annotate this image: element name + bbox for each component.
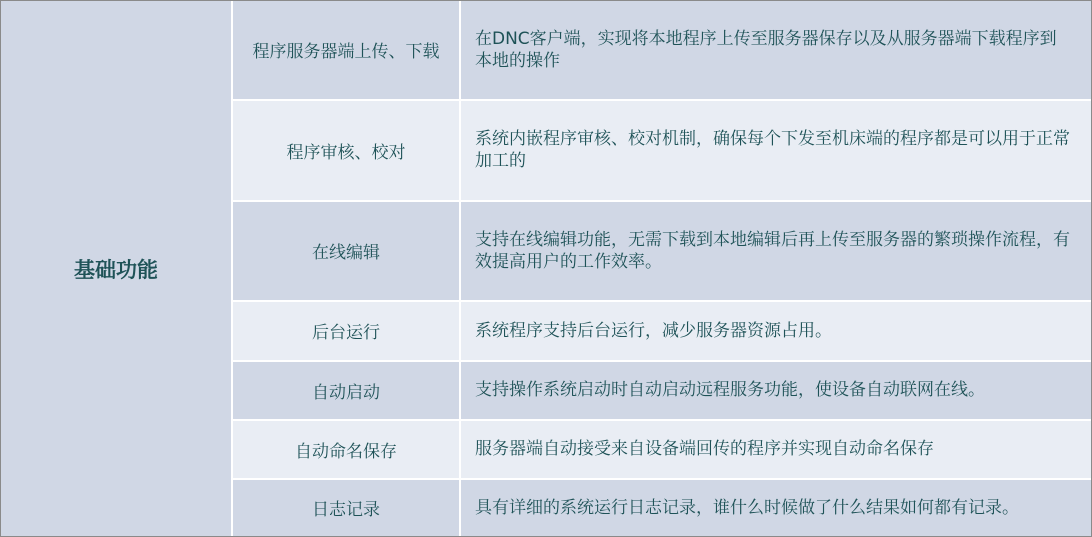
feature-description-cell: 支持操作系统启动时自动启动远程服务功能，使设备自动联网在线。	[460, 361, 1091, 420]
feature-table-frame: 基础功能 程序服务器端上传、下载 在DNC客户端，实现将本地程序上传至服务器保存…	[0, 0, 1092, 537]
table-row: 基础功能 程序服务器端上传、下载 在DNC客户端，实现将本地程序上传至服务器保存…	[1, 1, 1091, 100]
feature-description-cell: 支持在线编辑功能，无需下载到本地编辑后再上传至服务器的繁琐操作流程，有效提高用户…	[460, 201, 1091, 302]
feature-name-cell: 自动命名保存	[232, 420, 460, 479]
feature-name-cell: 程序审核、校对	[232, 100, 460, 201]
feature-name-cell: 后台运行	[232, 301, 460, 360]
category-cell: 基础功能	[1, 1, 232, 536]
feature-name-cell: 程序服务器端上传、下载	[232, 1, 460, 100]
feature-name-cell: 日志记录	[232, 479, 460, 536]
feature-description-cell: 在DNC客户端，实现将本地程序上传至服务器保存以及从服务器端下载程序到本地的操作	[460, 1, 1091, 100]
feature-description-cell: 系统内嵌程序审核、校对机制，确保每个下发至机床端的程序都是可以用于正常加工的	[460, 100, 1091, 201]
feature-description-cell: 具有详细的系统运行日志记录，谁什么时候做了什么结果如何都有记录。	[460, 479, 1091, 536]
feature-name-cell: 在线编辑	[232, 201, 460, 302]
feature-description-cell: 服务器端自动接受来自设备端回传的程序并实现自动命名保存	[460, 420, 1091, 479]
feature-description-cell: 系统程序支持后台运行，减少服务器资源占用。	[460, 301, 1091, 360]
feature-name-cell: 自动启动	[232, 361, 460, 420]
feature-table: 基础功能 程序服务器端上传、下载 在DNC客户端，实现将本地程序上传至服务器保存…	[1, 1, 1091, 536]
